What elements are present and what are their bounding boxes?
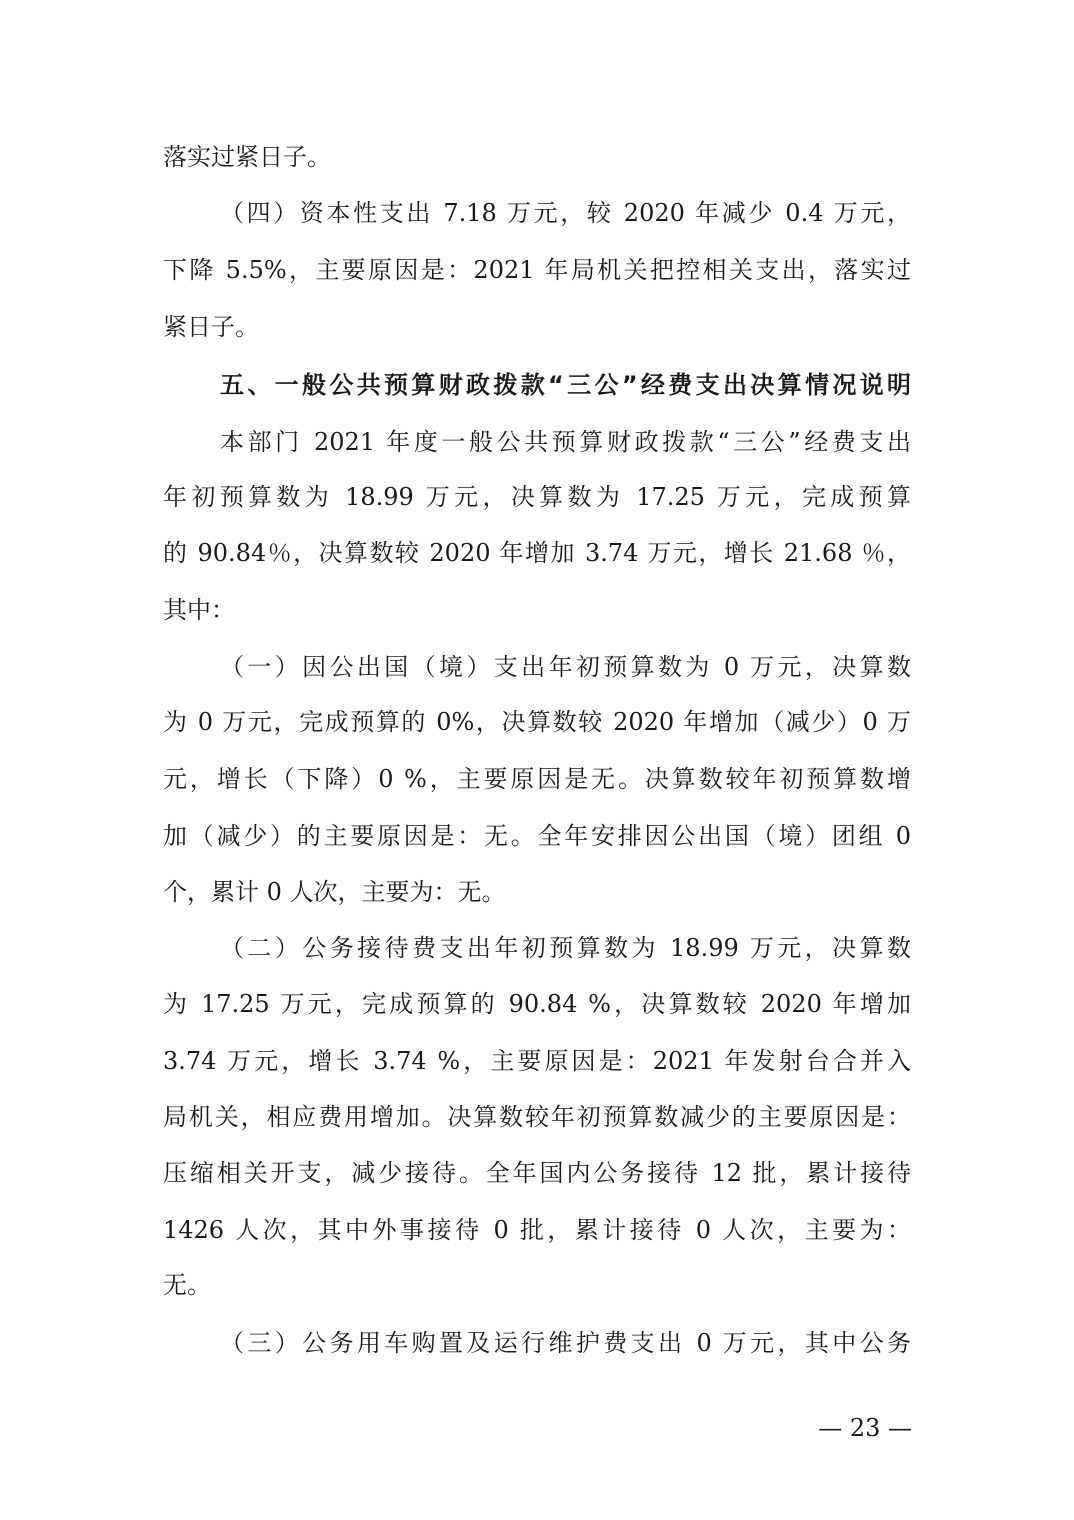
paragraph-line: 1426 人次，其中外事接待 0 批，累计接待 0 人次，主要为： (163, 1210, 911, 1250)
paragraph-line: 其中： (163, 590, 911, 630)
paragraph-line: 年初预算数为 18.99 万元，决算数为 17.25 万元，完成预算 (163, 477, 911, 517)
section-heading: 五、一般公共预算财政拨款“三公”经费支出决算情况说明 (220, 365, 911, 405)
paragraph-line: 压缩相关开支，减少接待。全年国内公务接待 12 批，累计接待 (163, 1153, 911, 1193)
paragraph-line: 落实过紧日子。 (163, 137, 911, 177)
paragraph-line: 无。 (163, 1265, 911, 1305)
paragraph-line: 紧日子。 (163, 307, 911, 347)
paragraph-line: 为 0 万元，完成预算的 0%，决算数较 2020 年增加（减少）0 万 (163, 702, 911, 742)
document-page: 落实过紧日子。 （四）资本性支出 7.18 万元，较 2020 年减少 0.4 … (0, 0, 1074, 1520)
paragraph-line: 元，增长（下降）0 %，主要原因是无。决算数较年初预算数增 (163, 759, 911, 799)
paragraph-line: 加（减少）的主要原因是：无。全年安排因公出国（境）团组 0 (163, 816, 911, 856)
paragraph-line: （四）资本性支出 7.18 万元，较 2020 年减少 0.4 万元， (220, 193, 911, 233)
page-number: — 23 — (812, 1408, 912, 1448)
paragraph-line: 为 17.25 万元，完成预算的 90.84 %，决算数较 2020 年增加 (163, 984, 911, 1024)
paragraph-line: 个，累计 0 人次，主要为：无。 (163, 872, 911, 912)
paragraph-line: （三）公务用车购置及运行维护费支出 0 万元，其中公务 (220, 1323, 911, 1363)
paragraph-line: 下降 5.5%，主要原因是：2021 年局机关把控相关支出，落实过 (163, 250, 911, 290)
paragraph-line: （一）因公出国（境）支出年初预算数为 0 万元，决算数 (220, 647, 911, 687)
paragraph-line: 的 90.84％，决算数较 2020 年增加 3.74 万元，增长 21.68 … (163, 533, 911, 573)
paragraph-line: （二）公务接待费支出年初预算数为 18.99 万元，决算数 (220, 928, 911, 968)
paragraph-line: 局机关，相应费用增加。决算数较年初预算数减少的主要原因是： (163, 1097, 911, 1137)
paragraph-line: 本部门 2021 年度一般公共预算财政拨款“三公”经费支出 (220, 422, 911, 462)
paragraph-line: 3.74 万元，增长 3.74 %，主要原因是：2021 年发射台合并入 (163, 1041, 911, 1081)
